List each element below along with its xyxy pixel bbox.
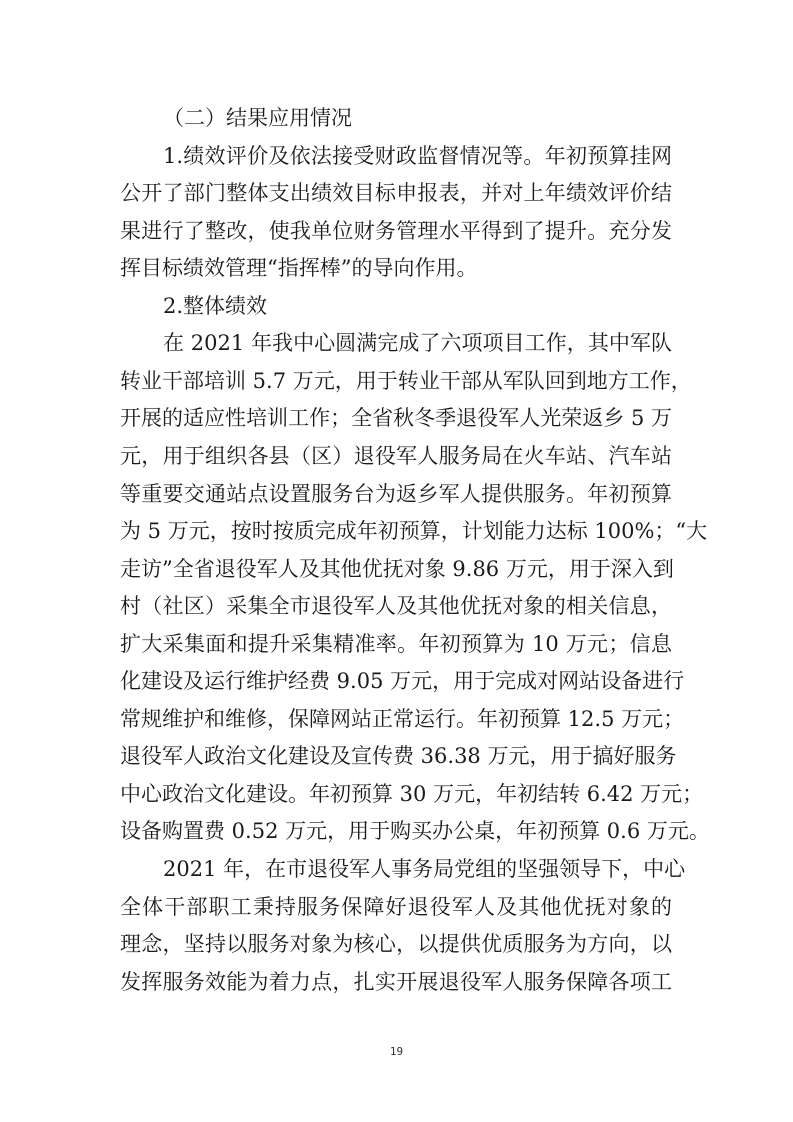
text-line: 全体干部职工秉持服务保障好退役军人及其他优抚对象的 <box>120 892 672 922</box>
text-line: 1.绩效评价及依法接受财政监督情况等。年初预算挂网 <box>163 141 672 171</box>
text-line: 村（社区）采集全市退役军人及其他优抚对象的相关信息， <box>120 591 672 621</box>
text-line: 中心政治文化建设。年初预算 30 万元，年初结转 6.42 万元； <box>120 779 672 809</box>
text-line: 元，用于组织各县（区）退役军人服务局在火车站、汽车站 <box>120 441 672 471</box>
page-number: 19 <box>0 1045 793 1058</box>
text-line: 理念，坚持以服务对象为核心，以提供优质服务为方向，以 <box>120 929 672 959</box>
text-line: 转业干部培训 5.7 万元，用于转业干部从军队回到地方工作， <box>120 366 672 396</box>
text-line: 等重要交通站点设置服务台为返乡军人提供服务。年初预算 <box>120 479 672 509</box>
section-heading: （二）结果应用情况 <box>163 103 672 133</box>
text-line: 2021 年，在市退役军人事务局党组的坚强领导下，中心 <box>163 854 672 884</box>
text-line: 化建设及运行维护经费 9.05 万元，用于完成对网站设备进行 <box>120 666 672 696</box>
text-line: 走访”全省退役军人及其他优抚对象 9.86 万元，用于深入到 <box>120 554 672 584</box>
text-line: 扩大采集面和提升采集精准率。年初预算为 10 万元；信息 <box>120 629 672 659</box>
text-line: 公开了部门整体支出绩效目标申报表，并对上年绩效评价结 <box>120 178 672 208</box>
subsection-heading: 2.整体绩效 <box>163 291 672 321</box>
text-line: 发挥服务效能为着力点，扎实开展退役军人服务保障各项工 <box>120 967 672 997</box>
text-line: 常规维护和维修，保障网站正常运行。年初预算 12.5 万元； <box>120 704 672 734</box>
text-line: 开展的适应性培训工作；全省秋冬季退役军人光荣返乡 5 万 <box>120 403 672 433</box>
text-line: 设备购置费 0.52 万元，用于购买办公桌，年初预算 0.6 万元。 <box>120 816 672 846</box>
text-line: 挥目标绩效管理“指挥棒”的导向作用。 <box>120 253 672 283</box>
text-line: 在 2021 年我中心圆满完成了六项项目工作，其中军队 <box>163 328 672 358</box>
document-page: （二）结果应用情况1.绩效评价及依法接受财政监督情况等。年初预算挂网公开了部门整… <box>0 0 793 1122</box>
text-line: 果进行了整改，使我单位财务管理水平得到了提升。充分发 <box>120 216 672 246</box>
text-line: 为 5 万元，按时按质完成年初预算，计划能力达标 100%；“大 <box>120 516 672 546</box>
text-line: 退役军人政治文化建设及宣传费 36.38 万元，用于搞好服务 <box>120 741 672 771</box>
